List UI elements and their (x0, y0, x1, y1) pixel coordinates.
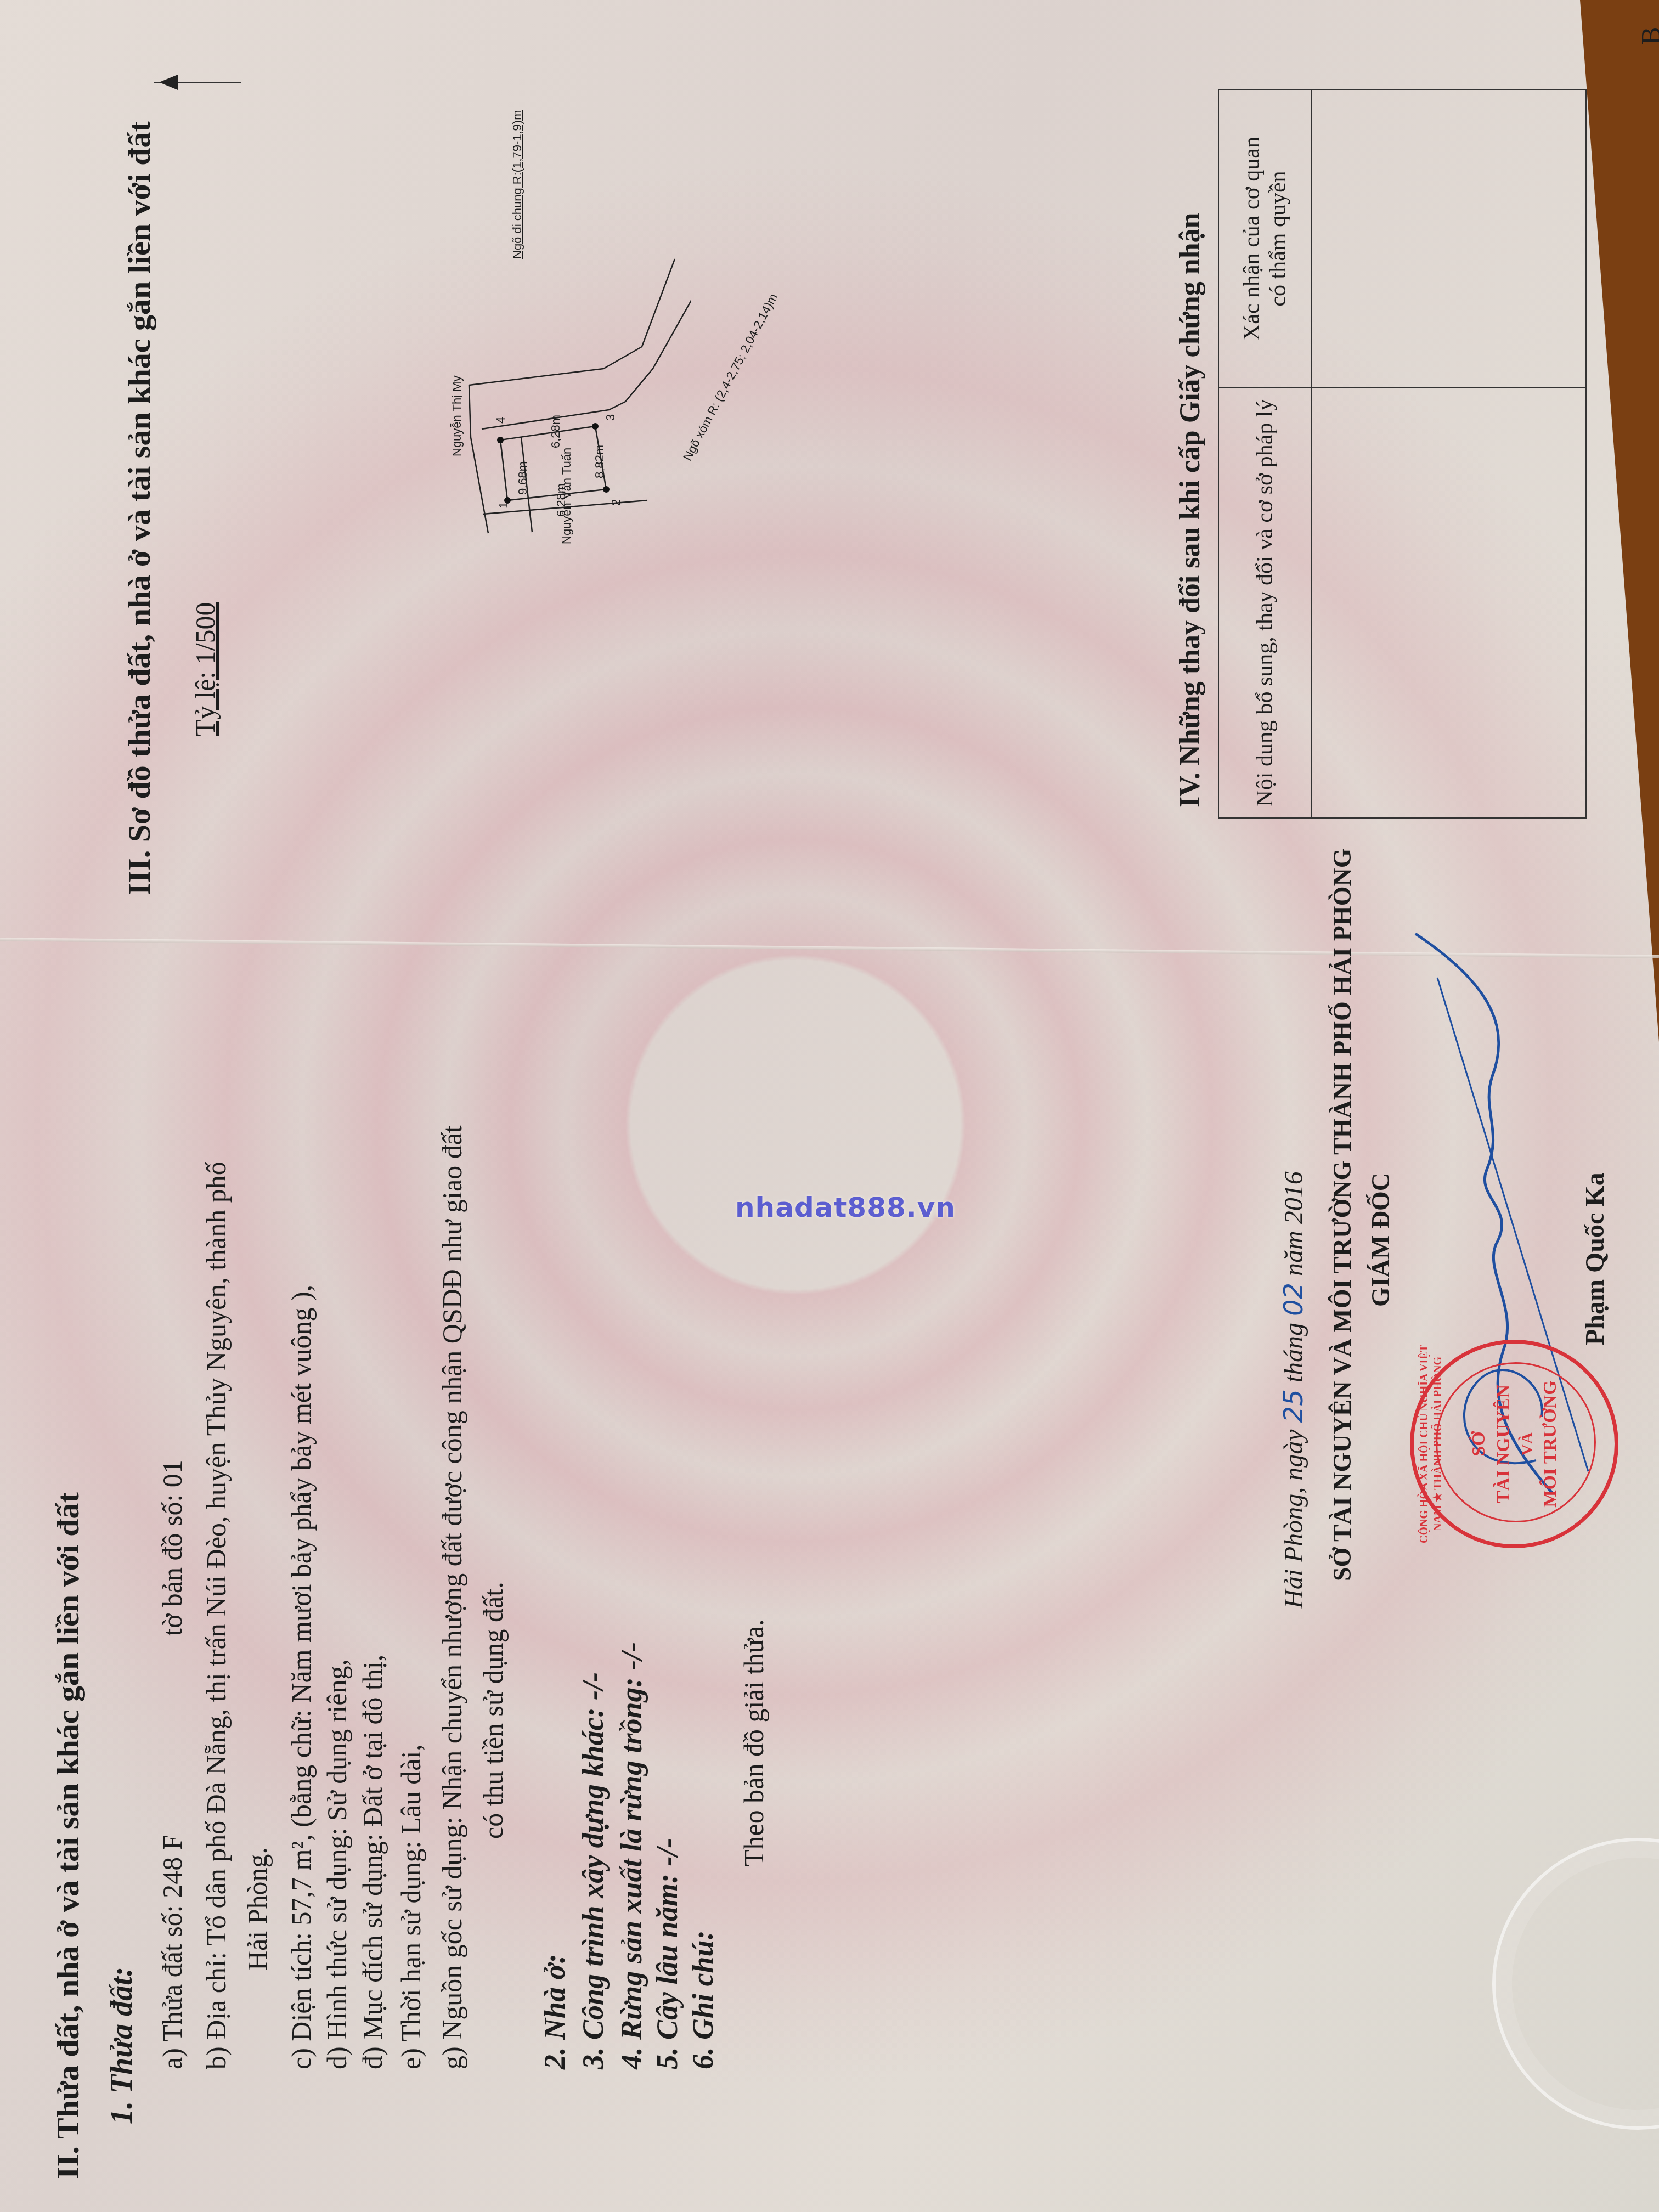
edge-3-4-length: 6,28m (549, 415, 563, 448)
place-date-prefix: Hải Phòng, ngày (1279, 1429, 1308, 1609)
hamlet-lane-edge (469, 259, 675, 385)
map-sheet-number: tờ bản đồ số: 01 (156, 1460, 188, 1636)
shared-lane-edge (482, 281, 691, 429)
boundary-left (469, 385, 488, 533)
official-stamp: CỘNG HÒA XÃ HỘI CHỦ NGHĨA VIỆT NAM ★ THÀ… (1410, 1340, 1618, 1548)
perennial-trees: 5. Cây lâu năm: -/- (650, 1838, 684, 2069)
stamp-outer-text: CỘNG HÒA XÃ HỘI CHỦ NGHĨA VIỆT NAM ★ THÀ… (1418, 1344, 1444, 1544)
stamp-line-2: TÀI NGUYÊN (1493, 1344, 1514, 1544)
neighbor-top: Nguyễn Thị My (450, 375, 464, 456)
use-purpose: đ) Mục đích sử dụng: Đất ở tại đô thị, (357, 1655, 388, 2069)
month-label: tháng (1279, 1323, 1308, 1383)
section-2-title: II. Thửa đất, nhà ở và tài sản khác gắn … (49, 1492, 86, 2179)
address-line-2: Hải Phòng. (241, 1847, 273, 1971)
issuing-agency: SỞ TÀI NGUYÊN VÀ MÔI TRƯỜNG THÀNH PHỐ HẢ… (1328, 849, 1357, 1581)
use-origin-line-2: có thu tiền sử dụng đất. (477, 1582, 509, 1839)
north-label: B (1635, 27, 1659, 45)
use-term: e) Thời hạn sử dụng: Lâu dài, (395, 1744, 427, 2069)
neighbor-left: Nguyễn Văn Tuấn (560, 448, 574, 544)
land-area: c) Diện tích: 57,7 m², (bằng chữ: Năm mư… (285, 1285, 317, 2069)
signer-name: Phạm Quốc Ka (1580, 1172, 1610, 1345)
house-heading: 2. Nhà ở: (538, 1954, 572, 2070)
address-line-1: b) Địa chỉ: Tổ dân phố Đà Nẵng, thị trấn… (200, 1161, 232, 2069)
place-date: Hải Phòng, ngày 25 tháng 02 năm 2016 (1278, 1171, 1309, 1609)
year-label: năm 2016 (1279, 1171, 1308, 1276)
confirmation-line-1: Xác nhận của cơ quan (1239, 91, 1265, 387)
date-month: 02 (1278, 1283, 1309, 1316)
notes-text: Theo bản đồ giải thửa. (738, 1619, 770, 1866)
other-construction: 3. Công trình xây dựng khác: -/- (576, 1672, 610, 2069)
certificate-page: II. Thửa đất, nhà ở và tài sản khác gắn … (0, 0, 1659, 2212)
changes-content-cell[interactable] (1312, 388, 1586, 818)
changes-header-content: Nội dung bổ sung, thay đổi và cơ sở pháp… (1218, 388, 1312, 818)
stamp-line-3: VÀ (1518, 1344, 1537, 1544)
edge-2-3-length: 8,82m (592, 445, 607, 478)
watermark: nhadat888.vn (735, 1192, 956, 1223)
stamp-line-1: SỞ (1469, 1344, 1489, 1544)
changes-table: Nội dung bổ sung, thay đổi và cơ sở pháp… (1218, 89, 1587, 819)
shared-lane-label: Ngõ đi chung R:(1,79-1,9)m (510, 110, 524, 259)
land-heading: 1. Thửa đất: (104, 1967, 139, 2124)
changes-confirmation-cell[interactable] (1312, 89, 1586, 388)
section-3-title: III. Sơ đồ thửa đất, nhà ở và tài sản kh… (121, 121, 157, 895)
map-scale: Tỷ lệ: 1/500 (189, 602, 221, 736)
parcel-number: a) Thửa đất số: 248 F (156, 1835, 188, 2069)
section-4-title: IV. Những thay đổi sau khi cấp Giấy chứn… (1174, 212, 1206, 808)
production-forest: 4. Rừng sản xuất là rừng trồng: -/- (614, 1642, 648, 2069)
changes-header-confirmation: Xác nhận của cơ quan có thẩm quyền (1218, 89, 1312, 388)
plot-point-4: 4 (494, 417, 508, 424)
hamlet-lane-label: Ngõ xóm R: (2,4-2,75; 2,04-2,14)m (680, 291, 781, 463)
notes-heading: 6. Ghi chú: (686, 1930, 720, 2069)
use-origin-line-1: g) Nguồn gốc sử dụng: Nhận chuyển nhượng… (436, 1125, 468, 2069)
date-day: 25 (1278, 1389, 1309, 1423)
north-arrow-icon (159, 75, 178, 90)
plot-point-2: 2 (609, 499, 623, 506)
edge-4-1-length: 9.68m (516, 461, 530, 495)
use-form: d) Hình thức sử dụng: Sử dụng riêng, (321, 1659, 353, 2069)
stamp-line-4: MÔI TRƯỜNG (1540, 1344, 1561, 1544)
confirmation-line-2: có thẩm quyền (1265, 91, 1291, 387)
plot-point-3: 3 (603, 414, 618, 421)
plot-point-1: 1 (496, 502, 511, 509)
